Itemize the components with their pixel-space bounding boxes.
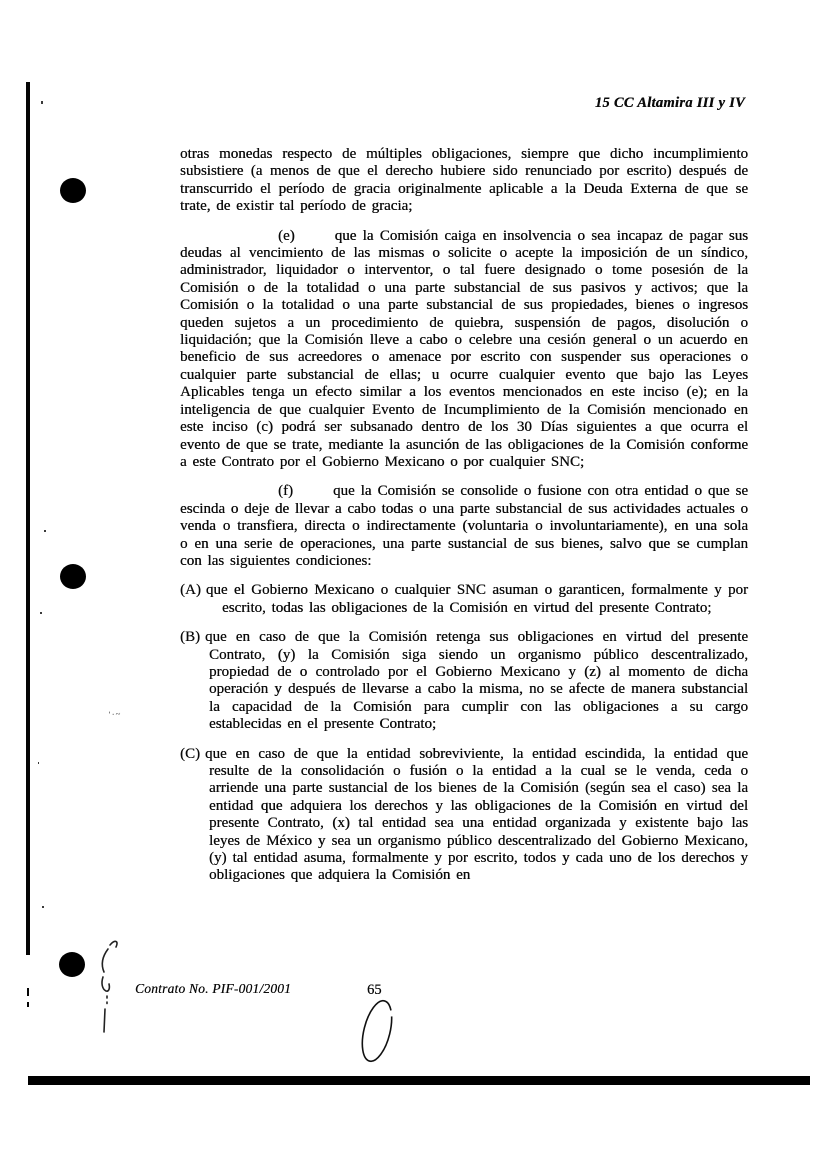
- condition-a: (A)que el Gobierno Mexicano o cualquier …: [180, 582, 748, 617]
- condition-a-text: que el Gobierno Mexicano o cualquier SNC…: [206, 582, 748, 615]
- footer-contract-number: Contrato No. PIF-001/2001: [135, 981, 291, 997]
- contract-text-block: otras monedas respecto de múltiples obli…: [180, 146, 748, 897]
- condition-b-label: (B): [180, 629, 200, 645]
- scan-bottom-bar: [28, 1076, 810, 1085]
- scan-speckle: [38, 762, 39, 764]
- scan-edge-dash: [27, 988, 29, 996]
- clause-e-text: que la Comisión caiga en insolvencia o s…: [180, 228, 748, 470]
- scan-speckle: [42, 906, 44, 908]
- condition-a-label: (A): [180, 582, 201, 598]
- pencil-mark: [88, 938, 128, 1038]
- punch-hole-bottom: [59, 952, 85, 977]
- condition-c: (C)que en caso de que la entidad sobrevi…: [180, 746, 748, 885]
- header-case-reference: 15 CC Altamira III y IV: [595, 95, 745, 112]
- punch-hole-middle: [60, 564, 86, 589]
- scan-speckle: [44, 530, 46, 532]
- scan-speckle: [40, 612, 42, 614]
- condition-c-text: que en caso de que la entidad sobrevivie…: [205, 746, 748, 884]
- scan-speckle: [41, 101, 43, 104]
- punch-hole-top: [60, 178, 86, 203]
- clause-f: (f)que la Comisión se consolide o fusion…: [180, 483, 748, 570]
- clause-f-label: (f): [278, 483, 293, 499]
- condition-b: (B)que en caso de que la Comisión reteng…: [180, 629, 748, 733]
- scanned-contract-page: '·~ 15 CC Altamira III y IV otras moneda…: [0, 0, 828, 1169]
- intro-paragraph: otras monedas respecto de múltiples obli…: [180, 146, 748, 216]
- clause-f-text: que la Comisión se consolide o fusione c…: [180, 483, 748, 569]
- pencil-squiggle: '·~: [109, 708, 122, 719]
- clause-e: (e)que la Comisión caiga en insolvencia …: [180, 228, 748, 472]
- condition-b-text: que en caso de que la Comisión retenga s…: [205, 629, 748, 732]
- handwritten-oval: [352, 996, 404, 1068]
- scan-edge-dash: [27, 1002, 29, 1007]
- condition-c-label: (C): [180, 746, 200, 762]
- scan-left-edge-line: [26, 82, 30, 955]
- footer-page-number: 65: [367, 982, 382, 999]
- clause-e-label: (e): [278, 228, 295, 244]
